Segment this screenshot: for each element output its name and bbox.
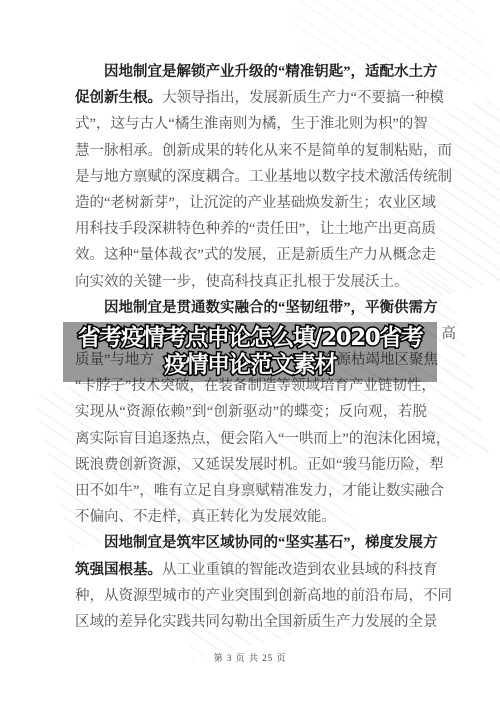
- body-line: 式”，这与古人“橘生淮南则为橘，生于淮北则为枳”的智: [75, 111, 427, 137]
- body-line: 种，从资源型城市的产业突围到创新高地的前沿布局，不同: [75, 583, 427, 609]
- body-line: 不偏向、不走样，真正转化为发展效能。: [75, 504, 427, 530]
- body-line: 是与地方禀赋的深度耦合。工业基地以数字技术激活传统制: [75, 164, 427, 190]
- body-line: 用科技手段深耕特色种养的“责任田”，让土地产出更高质: [75, 216, 427, 242]
- bold-lead-text: 筑强国根基。: [75, 562, 162, 578]
- body-line: 既浪费创新资源，又延误发展时机。正如“骏马能历险，犁: [75, 452, 427, 478]
- document-page: 因地制宜是解锁产业升级的“精准钥匙”，适配水土方 促创新生根。大领导指出，发展新…: [0, 0, 500, 707]
- overlay-title: 省考疫情考点申论怎么填/2020省考 疫情申论范文素材: [63, 323, 437, 381]
- overlay-title-line1: 省考疫情考点申论怎么填/2020省考: [78, 325, 422, 352]
- bold-lead-text: 因地制宜是解锁产业升级的“精准钥匙”，适配水土方: [104, 64, 438, 80]
- body-line: 筑强国根基。从工业重镇的智能改造到农业县域的科技育: [75, 557, 427, 583]
- body-line: 造的“老树新芽”，让沉淀的产业基础焕发新生；农业区域: [75, 190, 427, 216]
- body-line: 效。这种“量体裁衣”式的发展，正是新质生产力从概念走: [75, 242, 427, 268]
- body-line: 因地制宜是筑牢区域协同的“坚实基石”，梯度发展方: [75, 530, 427, 556]
- body-line: 田不如牛”，唯有立足自身禀赋精准发力，才能让数实融合: [75, 478, 427, 504]
- body-line: 因地制宜是贯通数实融合的“坚韧纽带”，平衡供需方: [75, 295, 427, 321]
- body-line: 离实际盲目追逐热点，便会陷入“一哄而上”的泡沫化困境，: [75, 426, 427, 452]
- bold-lead-text: 因地制宜是筑牢区域协同的“坚实基石”，梯度发展方: [104, 535, 438, 551]
- page-number-footer: 第 3 页 共 25 页: [0, 651, 500, 664]
- bold-lead-text: 因地制宜是贯通数实融合的“坚韧纽带”，平衡供需方: [104, 300, 438, 316]
- overlay-title-line2: 疫情申论范文素材: [164, 352, 336, 379]
- body-line: 因地制宜是解锁产业升级的“精准钥匙”，适配水土方: [75, 59, 427, 85]
- body-line: 向实效的关键一步，使高科技真正扎根于发展沃土。: [75, 269, 427, 295]
- body-line: 慧一脉相承。创新成果的转化从来不是简单的复制粘贴，而: [75, 138, 427, 164]
- body-line: 区域的差异化实践共同勾勒出全国新质生产力发展的全景: [75, 609, 427, 635]
- body-line: 促创新生根。大领导指出，发展新质生产力“不要搞一种模: [75, 85, 427, 111]
- body-line: 实现从“资源依赖”到“创新驱动”的蝶变；反向观，若脱: [75, 399, 427, 425]
- bold-lead-text: 促创新生根。: [75, 90, 162, 106]
